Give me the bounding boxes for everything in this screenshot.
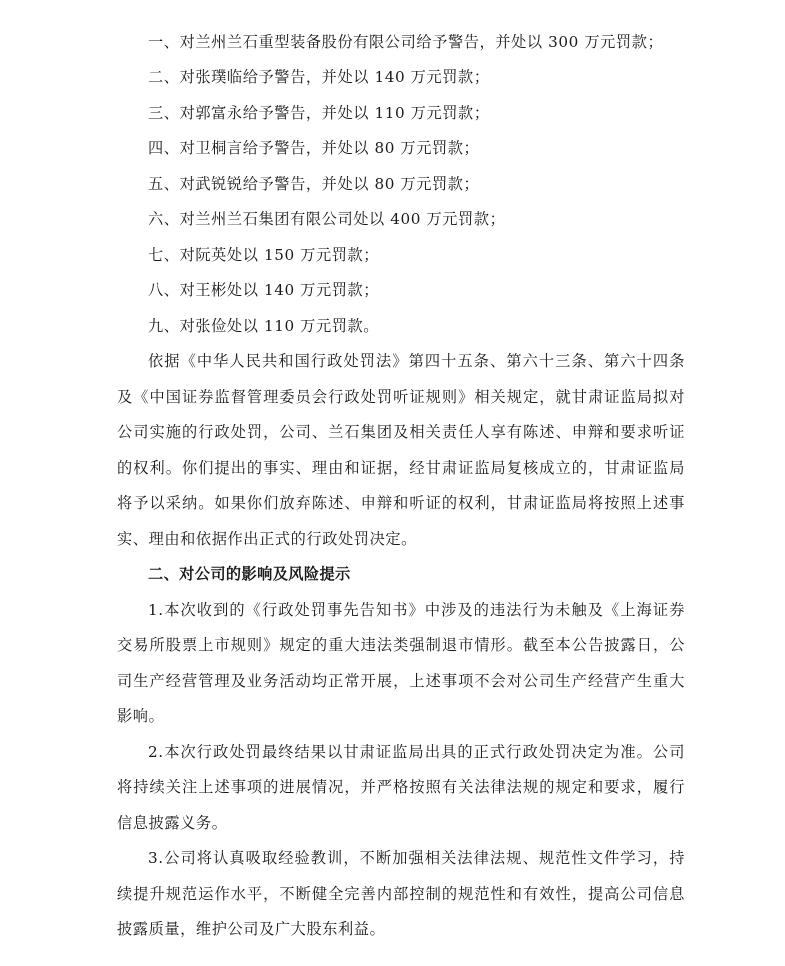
paragraph-line: 3.公司将认真吸取经验教训，不断加强相关法律法规、规范性文件学习，持	[148, 848, 685, 868]
paragraph-line: 1.本次收到的《行政处罚事先告知书》中涉及的违法行为未触及《上海证券	[148, 600, 685, 620]
document-page: 一、对兰州兰石重型装备股份有限公司给予警告，并处以 300 万元罚款； 二、对张…	[0, 0, 785, 966]
paragraph-line: 将持续关注上述事项的进展情况，并严格按照有关法律法规的规定和要求，履行	[117, 777, 685, 797]
paragraph-line: 影响。	[117, 706, 164, 726]
penalty-item: 六、对兰州兰石集团有限公司处以 400 万元罚款；	[148, 209, 505, 229]
penalty-item: 五、对武锐锐给予警告，并处以 80 万元罚款；	[148, 174, 479, 194]
penalty-item: 二、对张璞临给予警告，并处以 140 万元罚款；	[148, 67, 490, 87]
paragraph-line: 将予以采纳。如果你们放弃陈述、申辩和听证的权利，甘肃证监局将按照上述事	[117, 493, 685, 513]
paragraph-line: 的权利。你们提出的事实、理由和证据，经甘肃证监局复核成立的，甘肃证监局	[117, 458, 685, 478]
penalty-item: 八、对王彬处以 140 万元罚款；	[148, 280, 379, 300]
penalty-item: 七、对阮英处以 150 万元罚款；	[148, 245, 379, 265]
paragraph-line: 交易所股票上市规则》规定的重大违法类强制退市情形。截至本公告披露日，公	[117, 635, 685, 655]
paragraph-line: 实、理由和依据作出正式的行政处罚决定。	[117, 529, 417, 549]
paragraph-line: 及《中国证券监督管理委员会行政处罚听证规则》相关规定，就甘肃证监局拟对	[117, 387, 685, 407]
paragraph-line: 续提升规范运作水平，不断健全完善内部控制的规范性和有效性，提高公司信息	[117, 884, 685, 904]
paragraph-line: 公司实施的行政处罚，公司、兰石集团及相关责任人享有陈述、申辩和要求听证	[117, 422, 685, 442]
penalty-item: 四、对卫桐言给予警告，并处以 80 万元罚款；	[148, 138, 479, 158]
penalty-item: 一、对兰州兰石重型装备股份有限公司给予警告，并处以 300 万元罚款；	[148, 32, 663, 52]
penalty-item: 三、对郭富永给予警告，并处以 110 万元罚款；	[148, 103, 490, 123]
paragraph-line: 依据《中华人民共和国行政处罚法》第四十五条、第六十三条、第六十四条	[148, 351, 685, 371]
paragraph-line: 司生产经营管理及业务活动均正常开展，上述事项不会对公司生产经营产生重大	[117, 671, 685, 691]
section-heading: 二、对公司的影响及风险提示	[148, 564, 351, 584]
paragraph-line: 信息披露义务。	[117, 813, 228, 833]
penalty-item: 九、对张俭处以 110 万元罚款。	[148, 316, 379, 336]
paragraph-line: 披露质量，维护公司及广大股东利益。	[117, 919, 385, 939]
paragraph-line: 2.本次行政处罚最终结果以甘肃证监局出具的正式行政处罚决定为准。公司	[148, 742, 685, 762]
